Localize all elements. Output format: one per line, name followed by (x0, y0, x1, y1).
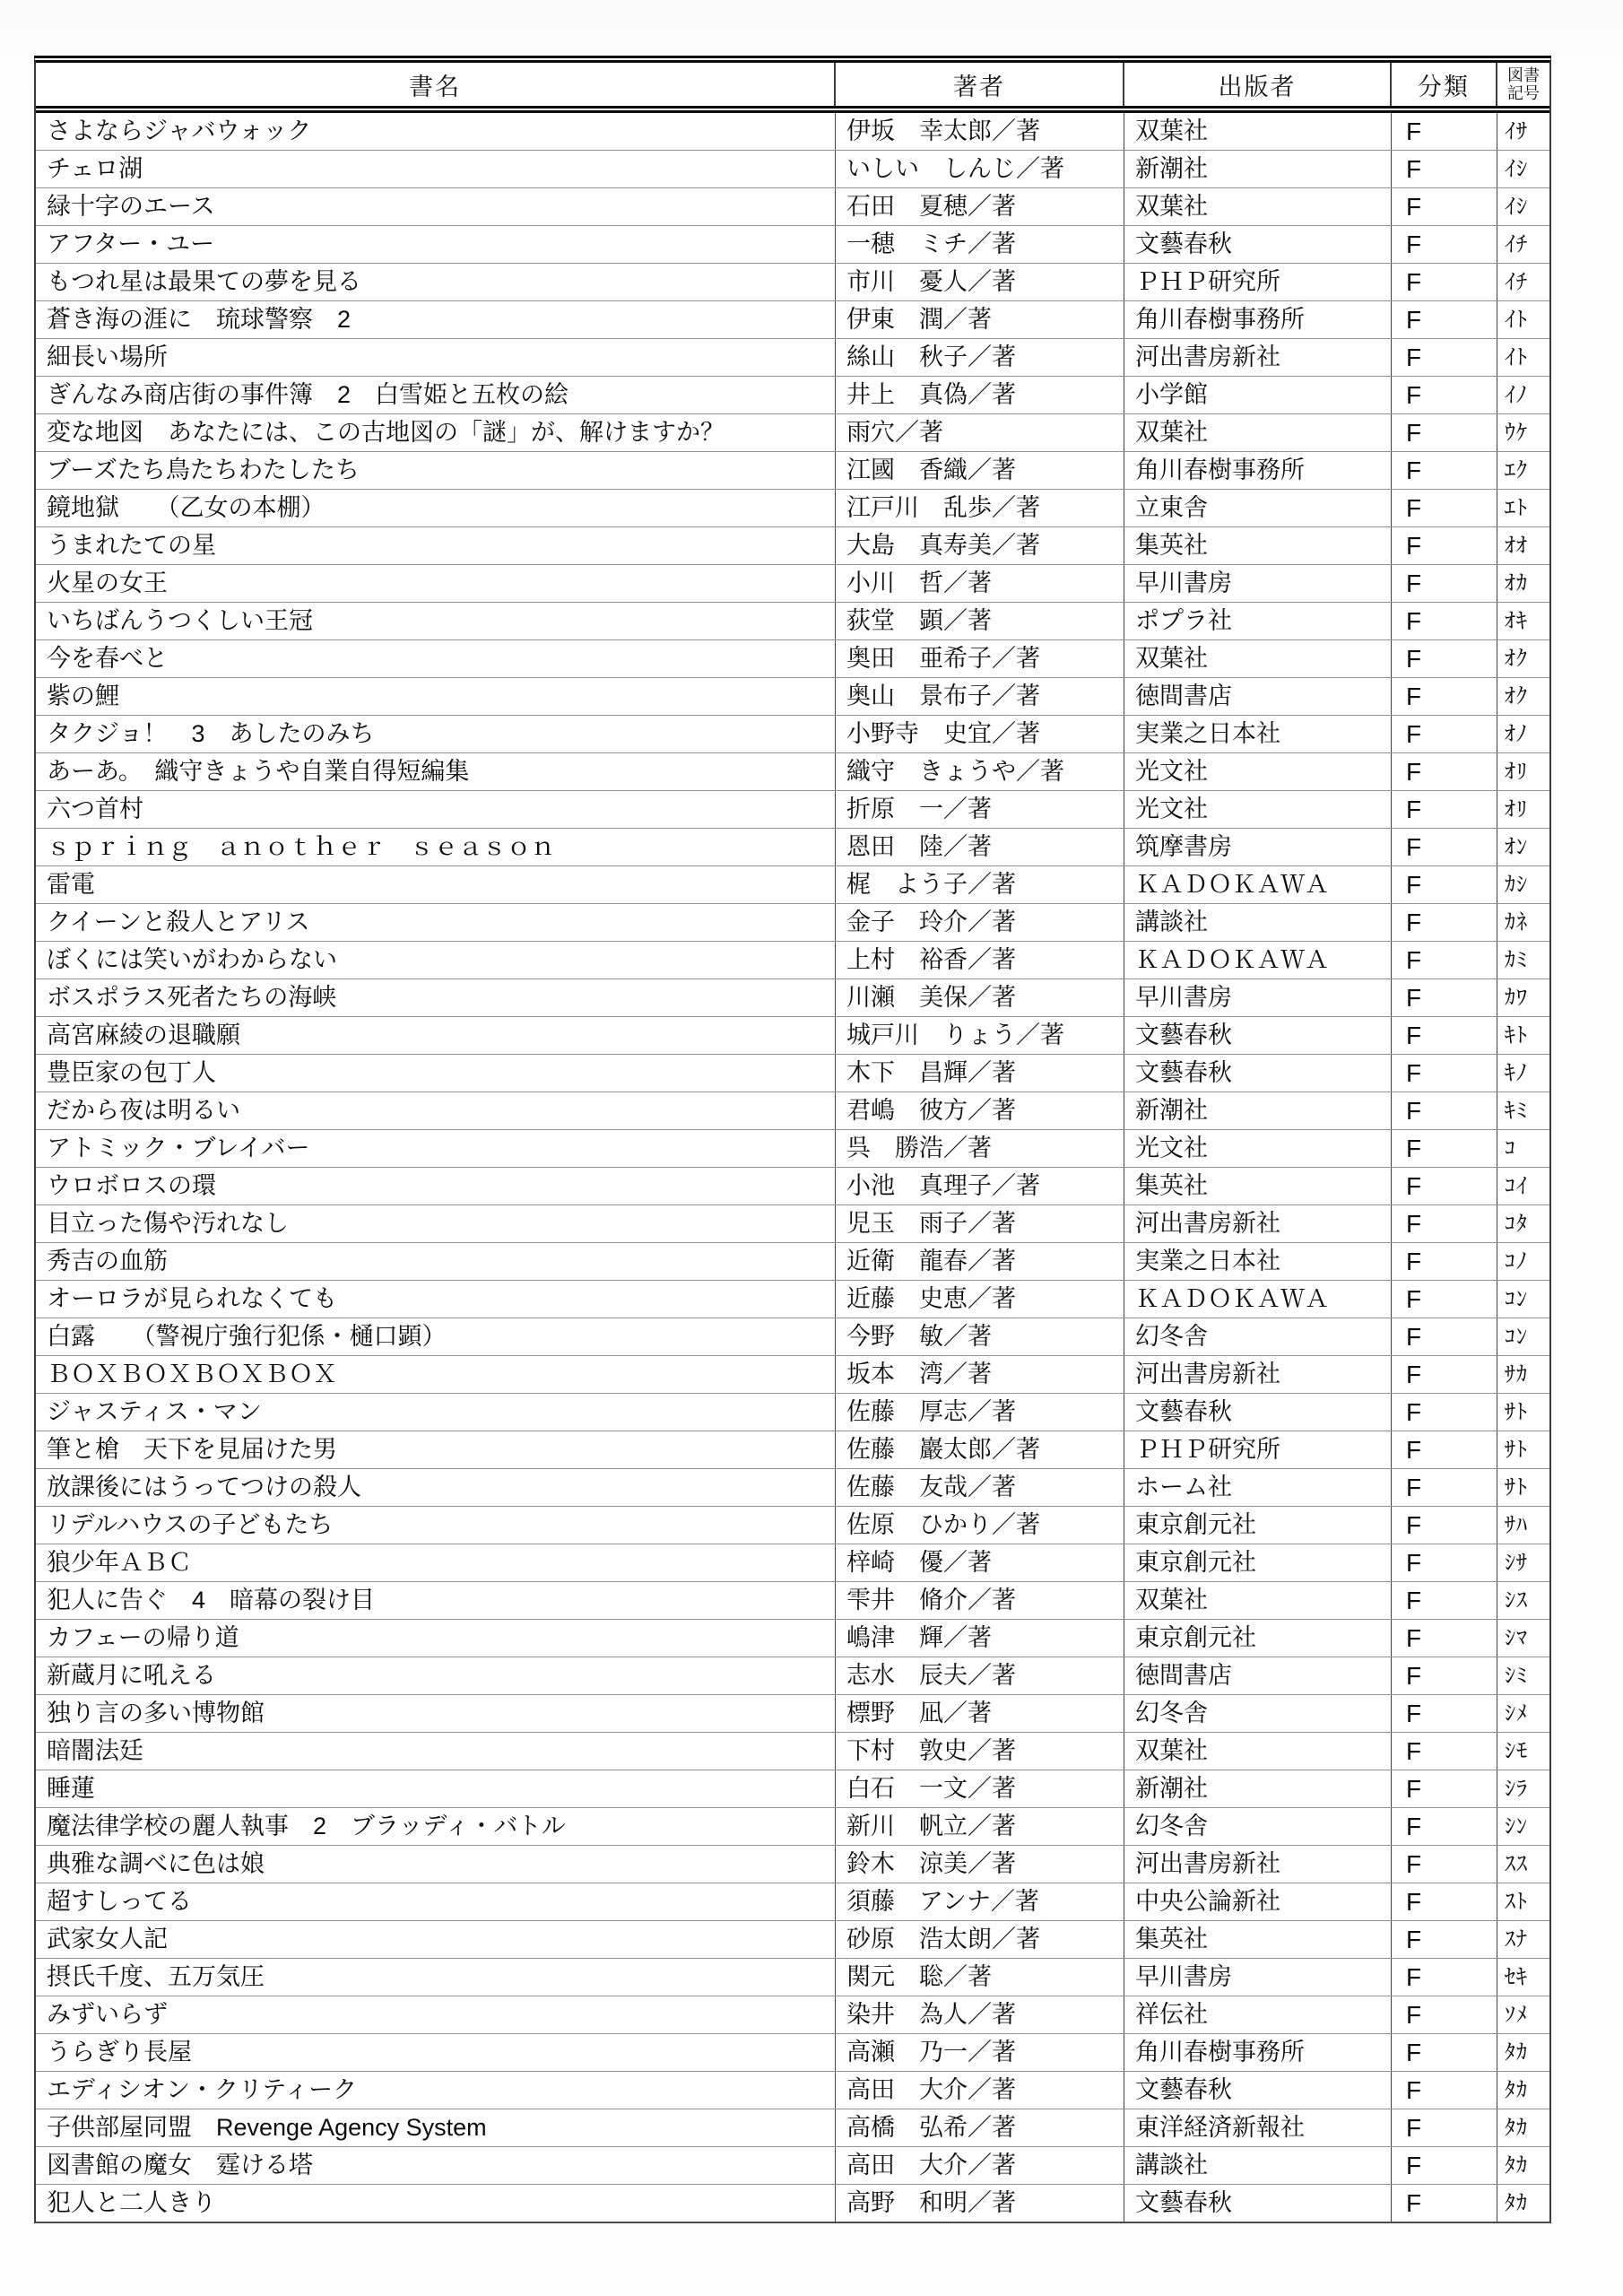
cell-book-code: ｷﾐ (1497, 1092, 1549, 1129)
cell-book-title: さよならジャバウォック (36, 113, 836, 150)
table-row: 犯人に告ぐ 4 暗幕の裂け目 雫井 脩介／著 双葉社 F ｼｽ (36, 1582, 1549, 1620)
cell-author: 君嶋 彼方／著 (836, 1092, 1124, 1129)
cell-publisher: 文藝春秋 (1124, 1017, 1392, 1054)
cell-publisher: 光文社 (1124, 753, 1392, 790)
table-row: ブーズたち鳥たちわたしたち 江國 香織／著 角川春樹事務所 F ｴｸ (36, 452, 1549, 490)
cell-author: 江戸川 乱歩／著 (836, 490, 1124, 526)
table-row: 白露 （警視庁強行犯係・樋口顕） 今野 敏／著 幻冬舎 F ｺﾝ (36, 1318, 1549, 1356)
cell-book-code: ｵﾝ (1497, 829, 1549, 865)
cell-book-title: 高宮麻綾の退職願 (36, 1017, 836, 1054)
cell-publisher: 東京創元社 (1124, 1620, 1392, 1657)
cell-publisher: 小学館 (1124, 377, 1392, 413)
column-header-classification: 分類 (1392, 63, 1497, 106)
cell-publisher: 新潮社 (1124, 1770, 1392, 1807)
cell-publisher: 光文社 (1124, 1130, 1392, 1167)
cell-classification: F (1392, 1130, 1497, 1167)
table-row: ボスポラス死者たちの海峡 川瀬 美保／著 早川書房 F ｶﾜ (36, 979, 1549, 1017)
cell-book-title: 子供部屋同盟 Revenge Agency System (36, 2109, 836, 2146)
cell-book-code: ｺﾝ (1497, 1318, 1549, 1355)
cell-book-code: ｵｷ (1497, 603, 1549, 639)
cell-publisher: 文藝春秋 (1124, 226, 1392, 263)
cell-author: 小池 真理子／著 (836, 1168, 1124, 1205)
cell-book-code: ｻｶ (1497, 1356, 1549, 1393)
cell-book-code: ｺﾉ (1497, 1243, 1549, 1280)
cell-classification: F (1392, 1657, 1497, 1694)
cell-book-title: アフター・ユー (36, 226, 836, 263)
cell-publisher: 講談社 (1124, 904, 1392, 941)
cell-publisher: 河出書房新社 (1124, 1205, 1392, 1242)
cell-book-title: チェロ湖 (36, 151, 836, 187)
cell-book-title: 魔法律学校の麗人執事 2 ブラッディ・バトル (36, 1808, 836, 1845)
table-row: 筆と槍 天下を見届けた男 佐藤 巖太郎／著 ＰＨＰ研究所 F ｻﾄ (36, 1431, 1549, 1469)
cell-classification: F (1392, 716, 1497, 752)
cell-author: 木下 昌輝／著 (836, 1055, 1124, 1091)
cell-book-code: ｽﾅ (1497, 1921, 1549, 1958)
table-row: クイーンと殺人とアリス 金子 玲介／著 講談社 F ｶﾈ (36, 904, 1549, 942)
cell-book-title: クイーンと殺人とアリス (36, 904, 836, 941)
cell-author: 奥山 景布子／著 (836, 678, 1124, 715)
cell-book-title: 犯人と二人きり (36, 2185, 836, 2222)
cell-book-code: ｶｼ (1497, 866, 1549, 903)
cell-book-title: 摂氏千度、五万気圧 (36, 1959, 836, 1996)
cell-classification: F (1392, 1808, 1497, 1845)
cell-author: 川瀬 美保／著 (836, 979, 1124, 1016)
table-row: リデルハウスの子どもたち 佐原 ひかり／著 東京創元社 F ｻﾊ (36, 1507, 1549, 1544)
cell-book-code: ｽﾄ (1497, 1883, 1549, 1920)
cell-author: 江國 香織／著 (836, 452, 1124, 489)
table-row: 目立った傷や汚れなし 児玉 雨子／著 河出書房新社 F ｺﾀ (36, 1205, 1549, 1243)
cell-publisher: 東京創元社 (1124, 1544, 1392, 1581)
cell-author: 近衛 龍春／著 (836, 1243, 1124, 1280)
cell-book-code: ｼﾐ (1497, 1657, 1549, 1694)
cell-publisher: 幻冬舎 (1124, 1695, 1392, 1732)
cell-book-title: 犯人に告ぐ 4 暗幕の裂け目 (36, 1582, 836, 1619)
cell-classification: F (1392, 942, 1497, 978)
cell-classification: F (1392, 791, 1497, 828)
scanned-book-list-page: 書名 著者 出版者 分類 図書記号 さよならジャバウォック 伊坂 幸太郎／著 双… (0, 0, 1623, 2296)
cell-book-code: ｼｽ (1497, 1582, 1549, 1619)
cell-classification: F (1392, 1469, 1497, 1506)
cell-book-title: あーあ。 織守きょうや自業自得短編集 (36, 753, 836, 790)
cell-book-code: ｻﾄ (1497, 1431, 1549, 1468)
table-row: 紫の鯉 奥山 景布子／著 徳間書店 F ｵｸ (36, 678, 1549, 716)
cell-author: 染井 為人／著 (836, 1996, 1124, 2033)
cell-classification: F (1392, 414, 1497, 451)
cell-book-title: うらぎり長屋 (36, 2034, 836, 2071)
cell-book-code: ｼﾗ (1497, 1770, 1549, 1807)
column-header-publisher: 出版者 (1124, 63, 1392, 106)
cell-book-code: ｴﾄ (1497, 490, 1549, 526)
table-row: ｓｐｒｉｎｇ ａｎｏｔｈｅｒ ｓｅａｓｏｎ 恩田 陸／著 筑摩書房 F ｵﾝ (36, 829, 1549, 866)
table-header-row: 書名 著者 出版者 分類 図書記号 (36, 63, 1549, 113)
cell-author: 嶋津 輝／著 (836, 1620, 1124, 1657)
cell-publisher: 早川書房 (1124, 1959, 1392, 1996)
cell-publisher: 双葉社 (1124, 414, 1392, 451)
cell-publisher: 筑摩書房 (1124, 829, 1392, 865)
cell-book-code: ｳｹ (1497, 414, 1549, 451)
cell-author: 高瀬 乃一／著 (836, 2034, 1124, 2071)
cell-book-code: ﾀｶ (1497, 2185, 1549, 2222)
cell-book-title: ｓｐｒｉｎｇ ａｎｏｔｈｅｒ ｓｅａｓｏｎ (36, 829, 836, 865)
table-row: チェロ湖 いしい しんじ／著 新潮社 F ｲｼ (36, 151, 1549, 188)
cell-classification: F (1392, 1846, 1497, 1883)
table-row: 図書館の魔女 霆ける塔 高田 大介／著 講談社 F ﾀｶ (36, 2147, 1549, 2185)
cell-book-title: 暗闇法廷 (36, 1733, 836, 1770)
cell-book-title: だから夜は明るい (36, 1092, 836, 1129)
cell-book-code: ｴｸ (1497, 452, 1549, 489)
cell-book-code: ｼｻ (1497, 1544, 1549, 1581)
cell-author: 絲山 秋子／著 (836, 339, 1124, 376)
cell-classification: F (1392, 2147, 1497, 2184)
cell-publisher: 集英社 (1124, 1168, 1392, 1205)
cell-author: 近藤 史恵／著 (836, 1281, 1124, 1318)
cell-author: 城戸川 りょう／著 (836, 1017, 1124, 1054)
cell-author: 伊東 潤／著 (836, 301, 1124, 338)
cell-author: 梶 よう子／著 (836, 866, 1124, 903)
cell-publisher: 光文社 (1124, 791, 1392, 828)
cell-book-code: ｺﾝ (1497, 1281, 1549, 1318)
cell-publisher: 幻冬舎 (1124, 1808, 1392, 1845)
cell-classification: F (1392, 1695, 1497, 1732)
cell-author: 金子 玲介／著 (836, 904, 1124, 941)
cell-classification: F (1392, 151, 1497, 187)
cell-author: 高橋 弘希／著 (836, 2109, 1124, 2146)
cell-book-code: ｾｷ (1497, 1959, 1549, 1996)
cell-book-title: 変な地図 あなたには、この古地図の「謎」が、解けますか？ (36, 414, 836, 451)
cell-publisher: 早川書房 (1124, 565, 1392, 602)
table-row: ウロボロスの環 小池 真理子／著 集英社 F ｺｲ (36, 1168, 1549, 1205)
table-row: うまれたての星 大島 真寿美／著 集英社 F ｵｵ (36, 527, 1549, 565)
cell-classification: F (1392, 1921, 1497, 1958)
cell-classification: F (1392, 490, 1497, 526)
cell-author: 須藤 アンナ／著 (836, 1883, 1124, 1920)
cell-book-title: 紫の鯉 (36, 678, 836, 715)
cell-book-code: ｼﾒ (1497, 1695, 1549, 1732)
cell-book-code: ｷﾉ (1497, 1055, 1549, 1091)
table-row: 睡蓮 白石 一文／著 新潮社 F ｼﾗ (36, 1770, 1549, 1808)
cell-classification: F (1392, 1394, 1497, 1431)
table-row: 緑十字のエース 石田 夏穂／著 双葉社 F ｲｼ (36, 188, 1549, 226)
cell-classification: F (1392, 1507, 1497, 1544)
cell-publisher: 河出書房新社 (1124, 1356, 1392, 1393)
cell-publisher: 角川春樹事務所 (1124, 2034, 1392, 2071)
cell-book-title: 今を春べと (36, 640, 836, 677)
table-row: オーロラが見られなくても 近藤 史恵／著 ＫＡＤＯＫＡＷＡ F ｺﾝ (36, 1281, 1549, 1318)
table-row: 六つ首村 折原 一／著 光文社 F ｵﾘ (36, 791, 1549, 829)
cell-book-title: 鏡地獄 （乙女の本棚） (36, 490, 836, 526)
cell-book-code: ｵﾘ (1497, 753, 1549, 790)
cell-book-code: ｿﾒ (1497, 1996, 1549, 2033)
table-row: 雷電 梶 よう子／著 ＫＡＤＯＫＡＷＡ F ｶｼ (36, 866, 1549, 904)
cell-book-title: 細長い場所 (36, 339, 836, 376)
cell-author: 市川 憂人／著 (836, 264, 1124, 300)
cell-classification: F (1392, 1582, 1497, 1619)
cell-publisher: 実業之日本社 (1124, 716, 1392, 752)
cell-book-title: 放課後にはうってつけの殺人 (36, 1469, 836, 1506)
cell-book-title: タクジョ！ 3 あしたのみち (36, 716, 836, 752)
cell-publisher: 文藝春秋 (1124, 1055, 1392, 1091)
cell-classification: F (1392, 829, 1497, 865)
cell-author: 下村 敦史／著 (836, 1733, 1124, 1770)
cell-author: 織守 きょうや／著 (836, 753, 1124, 790)
cell-author: 雨穴／著 (836, 414, 1124, 451)
cell-classification: F (1392, 904, 1497, 941)
table-row: 摂氏千度、五万気圧 関元 聡／著 早川書房 F ｾｷ (36, 1959, 1549, 1996)
cell-author: いしい しんじ／著 (836, 151, 1124, 187)
cell-book-title: アトミック・ブレイバー (36, 1130, 836, 1167)
cell-book-title: ブーズたち鳥たちわたしたち (36, 452, 836, 489)
cell-book-code: ｲﾄ (1497, 339, 1549, 376)
cell-author: 高野 和明／著 (836, 2185, 1124, 2222)
cell-classification: F (1392, 527, 1497, 564)
table-row: 暗闇法廷 下村 敦史／著 双葉社 F ｼﾓ (36, 1733, 1549, 1770)
cell-book-title: 緑十字のエース (36, 188, 836, 225)
cell-publisher: 双葉社 (1124, 188, 1392, 225)
cell-author: 佐藤 巖太郎／著 (836, 1431, 1124, 1468)
table-row: ぎんなみ商店街の事件簿 2 白雪姫と五枚の絵 井上 真偽／著 小学館 F ｲﾉ (36, 377, 1549, 414)
cell-book-title: カフェーの帰り道 (36, 1620, 836, 1657)
cell-book-title: 秀吉の血筋 (36, 1243, 836, 1280)
table-row: いちばんうつくしい王冠 荻堂 顕／著 ポプラ社 F ｵｷ (36, 603, 1549, 640)
cell-book-title: ジャスティス・マン (36, 1394, 836, 1431)
table-body: さよならジャバウォック 伊坂 幸太郎／著 双葉社 F ｲｻ チェロ湖 いしい し… (36, 113, 1549, 2222)
cell-classification: F (1392, 979, 1497, 1016)
cell-classification: F (1392, 1996, 1497, 2033)
table-row: ぼくには笑いがわからない 上村 裕香／著 ＫＡＤＯＫＡＷＡ F ｶﾐ (36, 942, 1549, 979)
table-row: みずいらず 染井 為人／著 祥伝社 F ｿﾒ (36, 1996, 1549, 2034)
cell-classification: F (1392, 753, 1497, 790)
cell-publisher: 中央公論新社 (1124, 1883, 1392, 1920)
cell-publisher: 集英社 (1124, 1921, 1392, 1958)
cell-classification: F (1392, 1092, 1497, 1129)
cell-book-title: 新蔵月に吼える (36, 1657, 836, 1694)
cell-classification: F (1392, 1544, 1497, 1581)
book-list-table: 書名 著者 出版者 分類 図書記号 さよならジャバウォック 伊坂 幸太郎／著 双… (34, 56, 1551, 2223)
cell-book-title: ぼくには笑いがわからない (36, 942, 836, 978)
cell-author: 伊坂 幸太郎／著 (836, 113, 1124, 150)
cell-publisher: 文藝春秋 (1124, 2072, 1392, 2109)
cell-author: 佐藤 友哉／著 (836, 1469, 1124, 1506)
cell-publisher: 東洋経済新報社 (1124, 2109, 1392, 2146)
column-header-author: 著者 (836, 63, 1124, 106)
cell-book-title: 火星の女王 (36, 565, 836, 602)
table-row: 今を春べと 奥田 亜希子／著 双葉社 F ｵｸ (36, 640, 1549, 678)
cell-classification: F (1392, 1620, 1497, 1657)
cell-author: 小川 哲／著 (836, 565, 1124, 602)
cell-book-title: 雷電 (36, 866, 836, 903)
table-row: 秀吉の血筋 近衛 龍春／著 実業之日本社 F ｺﾉ (36, 1243, 1549, 1281)
table-row: 蒼き海の涯に 琉球警察 2 伊東 潤／著 角川春樹事務所 F ｲﾄ (36, 301, 1549, 339)
cell-author: 児玉 雨子／著 (836, 1205, 1124, 1242)
cell-book-title: もつれ星は最果ての夢を見る (36, 264, 836, 300)
cell-book-code: ｽｽ (1497, 1846, 1549, 1883)
cell-publisher: 新潮社 (1124, 151, 1392, 187)
cell-classification: F (1392, 188, 1497, 225)
cell-book-code: ｻﾄ (1497, 1394, 1549, 1431)
cell-classification: F (1392, 377, 1497, 413)
cell-book-title: 狼少年ＡＢＣ (36, 1544, 836, 1581)
cell-publisher: 新潮社 (1124, 1092, 1392, 1129)
cell-author: 一穂 ミチ／著 (836, 226, 1124, 263)
cell-publisher: 祥伝社 (1124, 1996, 1392, 2033)
cell-book-title: 六つ首村 (36, 791, 836, 828)
cell-book-title: 豊臣家の包丁人 (36, 1055, 836, 1091)
cell-book-code: ｵｵ (1497, 527, 1549, 564)
cell-author: 梓崎 優／著 (836, 1544, 1124, 1581)
cell-publisher: 徳間書店 (1124, 1657, 1392, 1694)
cell-author: 坂本 湾／著 (836, 1356, 1124, 1393)
cell-book-title: 独り言の多い博物館 (36, 1695, 836, 1732)
table-row: 変な地図 あなたには、この古地図の「謎」が、解けますか？ 雨穴／著 双葉社 F … (36, 414, 1549, 452)
cell-book-title: いちばんうつくしい王冠 (36, 603, 836, 639)
cell-author: 佐藤 厚志／著 (836, 1394, 1124, 1431)
table-row: 豊臣家の包丁人 木下 昌輝／著 文藝春秋 F ｷﾉ (36, 1055, 1549, 1092)
cell-classification: F (1392, 226, 1497, 263)
table-row: 火星の女王 小川 哲／著 早川書房 F ｵｶ (36, 565, 1549, 603)
cell-book-code: ﾀｶ (1497, 2034, 1549, 2071)
cell-author: 関元 聡／著 (836, 1959, 1124, 1996)
cell-publisher: 講談社 (1124, 2147, 1392, 2184)
cell-author: 高田 大介／著 (836, 2147, 1124, 2184)
cell-book-code: ｲﾁ (1497, 226, 1549, 263)
table-row: アフター・ユー 一穂 ミチ／著 文藝春秋 F ｲﾁ (36, 226, 1549, 264)
cell-publisher: 文藝春秋 (1124, 2185, 1392, 2222)
cell-book-code: ﾀｶ (1497, 2109, 1549, 2146)
cell-book-code: ｼﾓ (1497, 1733, 1549, 1770)
cell-author: 新川 帆立／著 (836, 1808, 1124, 1845)
cell-book-code: ｶﾐ (1497, 942, 1549, 978)
cell-author: 砂原 浩太朗／著 (836, 1921, 1124, 1958)
cell-author: 奥田 亜希子／著 (836, 640, 1124, 677)
table-row: だから夜は明るい 君嶋 彼方／著 新潮社 F ｷﾐ (36, 1092, 1549, 1130)
table-row: もつれ星は最果ての夢を見る 市川 憂人／著 ＰＨＰ研究所 F ｲﾁ (36, 264, 1549, 301)
cell-classification: F (1392, 603, 1497, 639)
table-row: 鏡地獄 （乙女の本棚） 江戸川 乱歩／著 立東舎 F ｴﾄ (36, 490, 1549, 527)
table-row: 新蔵月に吼える 志水 辰夫／著 徳間書店 F ｼﾐ (36, 1657, 1549, 1695)
cell-book-code: ｶﾜ (1497, 979, 1549, 1016)
table-row: エディシオン・クリティーク 高田 大介／著 文藝春秋 F ﾀｶ (36, 2072, 1549, 2109)
cell-book-code: ｵﾉ (1497, 716, 1549, 752)
cell-book-title: 睡蓮 (36, 1770, 836, 1807)
cell-author: 荻堂 顕／著 (836, 603, 1124, 639)
table-row: 武家女人記 砂原 浩太朗／著 集英社 F ｽﾅ (36, 1921, 1549, 1959)
cell-book-title: ボスポラス死者たちの海峡 (36, 979, 836, 1016)
table-row: タクジョ！ 3 あしたのみち 小野寺 史宜／著 実業之日本社 F ｵﾉ (36, 716, 1549, 753)
cell-classification: F (1392, 1318, 1497, 1355)
cell-author: 石田 夏穂／著 (836, 188, 1124, 225)
cell-publisher: 双葉社 (1124, 1733, 1392, 1770)
cell-classification: F (1392, 339, 1497, 376)
cell-classification: F (1392, 2109, 1497, 2146)
cell-publisher: 実業之日本社 (1124, 1243, 1392, 1280)
cell-publisher: ポプラ社 (1124, 603, 1392, 639)
cell-book-title: エディシオン・クリティーク (36, 2072, 836, 2109)
cell-author: 高田 大介／著 (836, 2072, 1124, 2109)
cell-publisher: ＫＡＤＯＫＡＷＡ (1124, 866, 1392, 903)
cell-book-code: ｵｶ (1497, 565, 1549, 602)
cell-publisher: 双葉社 (1124, 640, 1392, 677)
cell-book-code: ｵﾘ (1497, 791, 1549, 828)
table-row: 超すしってる 須藤 アンナ／著 中央公論新社 F ｽﾄ (36, 1883, 1549, 1921)
table-row: あーあ。 織守きょうや自業自得短編集 織守 きょうや／著 光文社 F ｵﾘ (36, 753, 1549, 791)
cell-author: 大島 真寿美／著 (836, 527, 1124, 564)
cell-classification: F (1392, 1733, 1497, 1770)
cell-book-code: ｶﾈ (1497, 904, 1549, 941)
cell-book-code: ｲﾉ (1497, 377, 1549, 413)
cell-book-code: ｼﾏ (1497, 1620, 1549, 1657)
cell-book-title: うまれたての星 (36, 527, 836, 564)
cell-author: 呉 勝浩／著 (836, 1130, 1124, 1167)
cell-publisher: ホーム社 (1124, 1469, 1392, 1506)
table-row: 細長い場所 絲山 秋子／著 河出書房新社 F ｲﾄ (36, 339, 1549, 377)
cell-publisher: 河出書房新社 (1124, 339, 1392, 376)
cell-classification: F (1392, 640, 1497, 677)
cell-classification: F (1392, 1431, 1497, 1468)
cell-book-code: ｺｲ (1497, 1168, 1549, 1205)
cell-book-title: ぎんなみ商店街の事件簿 2 白雪姫と五枚の絵 (36, 377, 836, 413)
cell-classification: F (1392, 1883, 1497, 1920)
cell-classification: F (1392, 113, 1497, 150)
cell-book-code: ｲｼ (1497, 188, 1549, 225)
cell-book-code: ｲｻ (1497, 113, 1549, 150)
cell-publisher: 双葉社 (1124, 1582, 1392, 1619)
cell-publisher: 早川書房 (1124, 979, 1392, 1016)
cell-publisher: 東京創元社 (1124, 1507, 1392, 1544)
table-row: アトミック・ブレイバー 呉 勝浩／著 光文社 F ｺ (36, 1130, 1549, 1168)
cell-classification: F (1392, 264, 1497, 300)
cell-book-code: ｼﾝ (1497, 1808, 1549, 1845)
cell-classification: F (1392, 2034, 1497, 2071)
table-row: 狼少年ＡＢＣ 梓崎 優／著 東京創元社 F ｼｻ (36, 1544, 1549, 1582)
cell-book-title: ＢＯＸＢＯＸＢＯＸＢＯＸ (36, 1356, 836, 1393)
cell-classification: F (1392, 2072, 1497, 2109)
cell-book-title: 蒼き海の涯に 琉球警察 2 (36, 301, 836, 338)
cell-book-title: リデルハウスの子どもたち (36, 1507, 836, 1544)
table-row: 放課後にはうってつけの殺人 佐藤 友哉／著 ホーム社 F ｻﾄ (36, 1469, 1549, 1507)
cell-book-code: ｺﾀ (1497, 1205, 1549, 1242)
cell-classification: F (1392, 866, 1497, 903)
cell-author: 恩田 陸／著 (836, 829, 1124, 865)
cell-author: 今野 敏／著 (836, 1318, 1124, 1355)
cell-author: 井上 真偽／著 (836, 377, 1124, 413)
cell-book-code: ｲﾁ (1497, 264, 1549, 300)
cell-book-code: ｵｸ (1497, 640, 1549, 677)
cell-book-code: ｲﾄ (1497, 301, 1549, 338)
table-row: 犯人と二人きり 高野 和明／著 文藝春秋 F ﾀｶ (36, 2185, 1549, 2222)
cell-classification: F (1392, 1243, 1497, 1280)
cell-book-code: ｻﾄ (1497, 1469, 1549, 1506)
cell-book-code: ﾀｶ (1497, 2147, 1549, 2184)
table-row: さよならジャバウォック 伊坂 幸太郎／著 双葉社 F ｲｻ (36, 113, 1549, 151)
cell-classification: F (1392, 1055, 1497, 1091)
cell-book-title: みずいらず (36, 1996, 836, 2033)
cell-classification: F (1392, 1205, 1497, 1242)
cell-classification: F (1392, 678, 1497, 715)
cell-book-title: 武家女人記 (36, 1921, 836, 1958)
cell-classification: F (1392, 1017, 1497, 1054)
cell-book-title: 白露 （警視庁強行犯係・樋口顕） (36, 1318, 836, 1355)
cell-author: 白石 一文／著 (836, 1770, 1124, 1807)
table-row: うらぎり長屋 高瀬 乃一／著 角川春樹事務所 F ﾀｶ (36, 2034, 1549, 2072)
cell-publisher: 集英社 (1124, 527, 1392, 564)
cell-book-code: ﾀｶ (1497, 2072, 1549, 2109)
column-header-title: 書名 (36, 63, 836, 106)
cell-author: 雫井 脩介／著 (836, 1582, 1124, 1619)
cell-author: 志水 辰夫／著 (836, 1657, 1124, 1694)
cell-publisher: 幻冬舎 (1124, 1318, 1392, 1355)
cell-book-code: ｲｼ (1497, 151, 1549, 187)
cell-author: 小野寺 史宜／著 (836, 716, 1124, 752)
